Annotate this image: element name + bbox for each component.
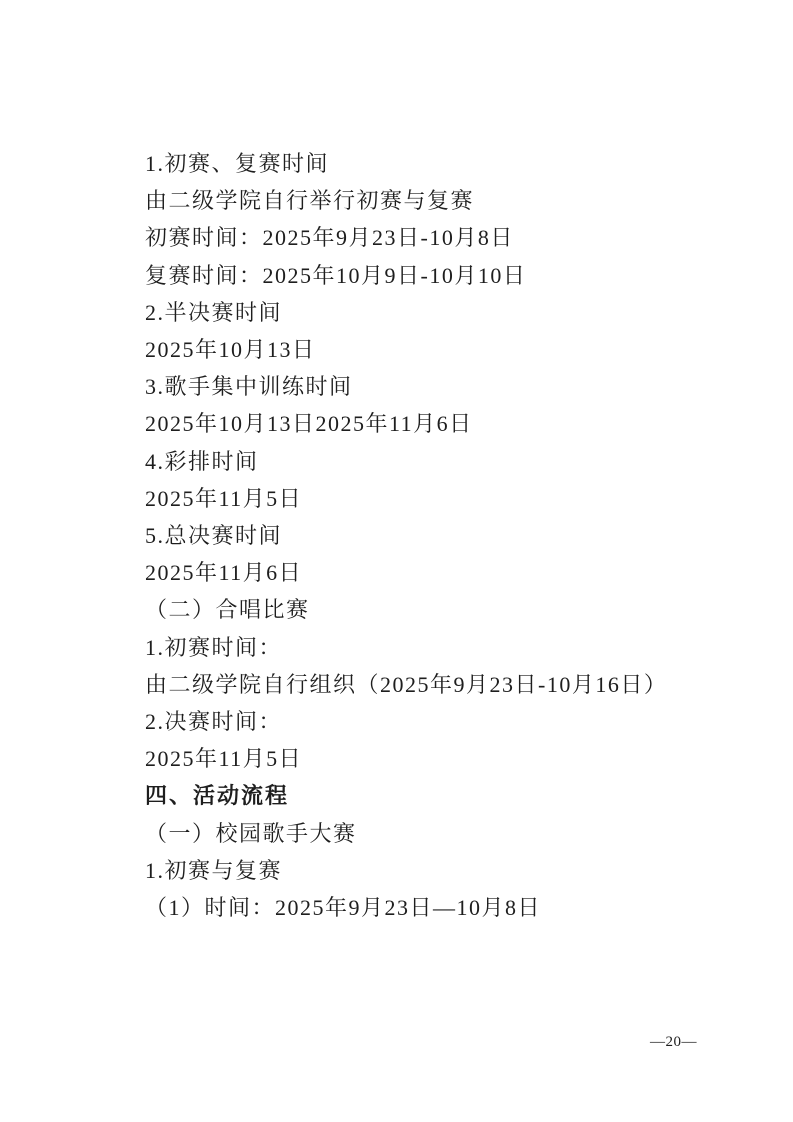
document-line: 初赛时间：2025年9月23日-10月8日 bbox=[145, 219, 685, 256]
document-line: 4.彩排时间 bbox=[145, 443, 685, 480]
document-page: 1.初赛、复赛时间由二级学院自行举行初赛与复赛初赛时间：2025年9月23日-1… bbox=[0, 0, 793, 1122]
document-line: 2025年11月6日 bbox=[145, 554, 685, 591]
document-line: 由二级学院自行组织（2025年9月23日-10月16日） bbox=[145, 666, 685, 703]
document-line: 2025年11月5日 bbox=[145, 740, 685, 777]
page-number: —20— bbox=[650, 1034, 697, 1051]
document-line: 3.歌手集中训练时间 bbox=[145, 368, 685, 405]
document-line: 2025年10月13日2025年11月6日 bbox=[145, 405, 685, 442]
document-line: 2.决赛时间： bbox=[145, 703, 685, 740]
document-line: 2025年11月5日 bbox=[145, 480, 685, 517]
document-body: 1.初赛、复赛时间由二级学院自行举行初赛与复赛初赛时间：2025年9月23日-1… bbox=[145, 145, 685, 926]
document-line: （1）时间：2025年9月23日—10月8日 bbox=[145, 889, 685, 926]
document-line: 2025年10月13日 bbox=[145, 331, 685, 368]
document-line: （二）合唱比赛 bbox=[145, 591, 685, 628]
document-line: 1.初赛与复赛 bbox=[145, 852, 685, 889]
section-heading: 四、活动流程 bbox=[145, 777, 685, 814]
document-line: 复赛时间：2025年10月9日-10月10日 bbox=[145, 257, 685, 294]
document-line: 2.半决赛时间 bbox=[145, 294, 685, 331]
document-line: （一）校园歌手大赛 bbox=[145, 815, 685, 852]
document-line: 1.初赛时间： bbox=[145, 629, 685, 666]
document-line: 5.总决赛时间 bbox=[145, 517, 685, 554]
document-line: 由二级学院自行举行初赛与复赛 bbox=[145, 182, 685, 219]
document-line: 1.初赛、复赛时间 bbox=[145, 145, 685, 182]
